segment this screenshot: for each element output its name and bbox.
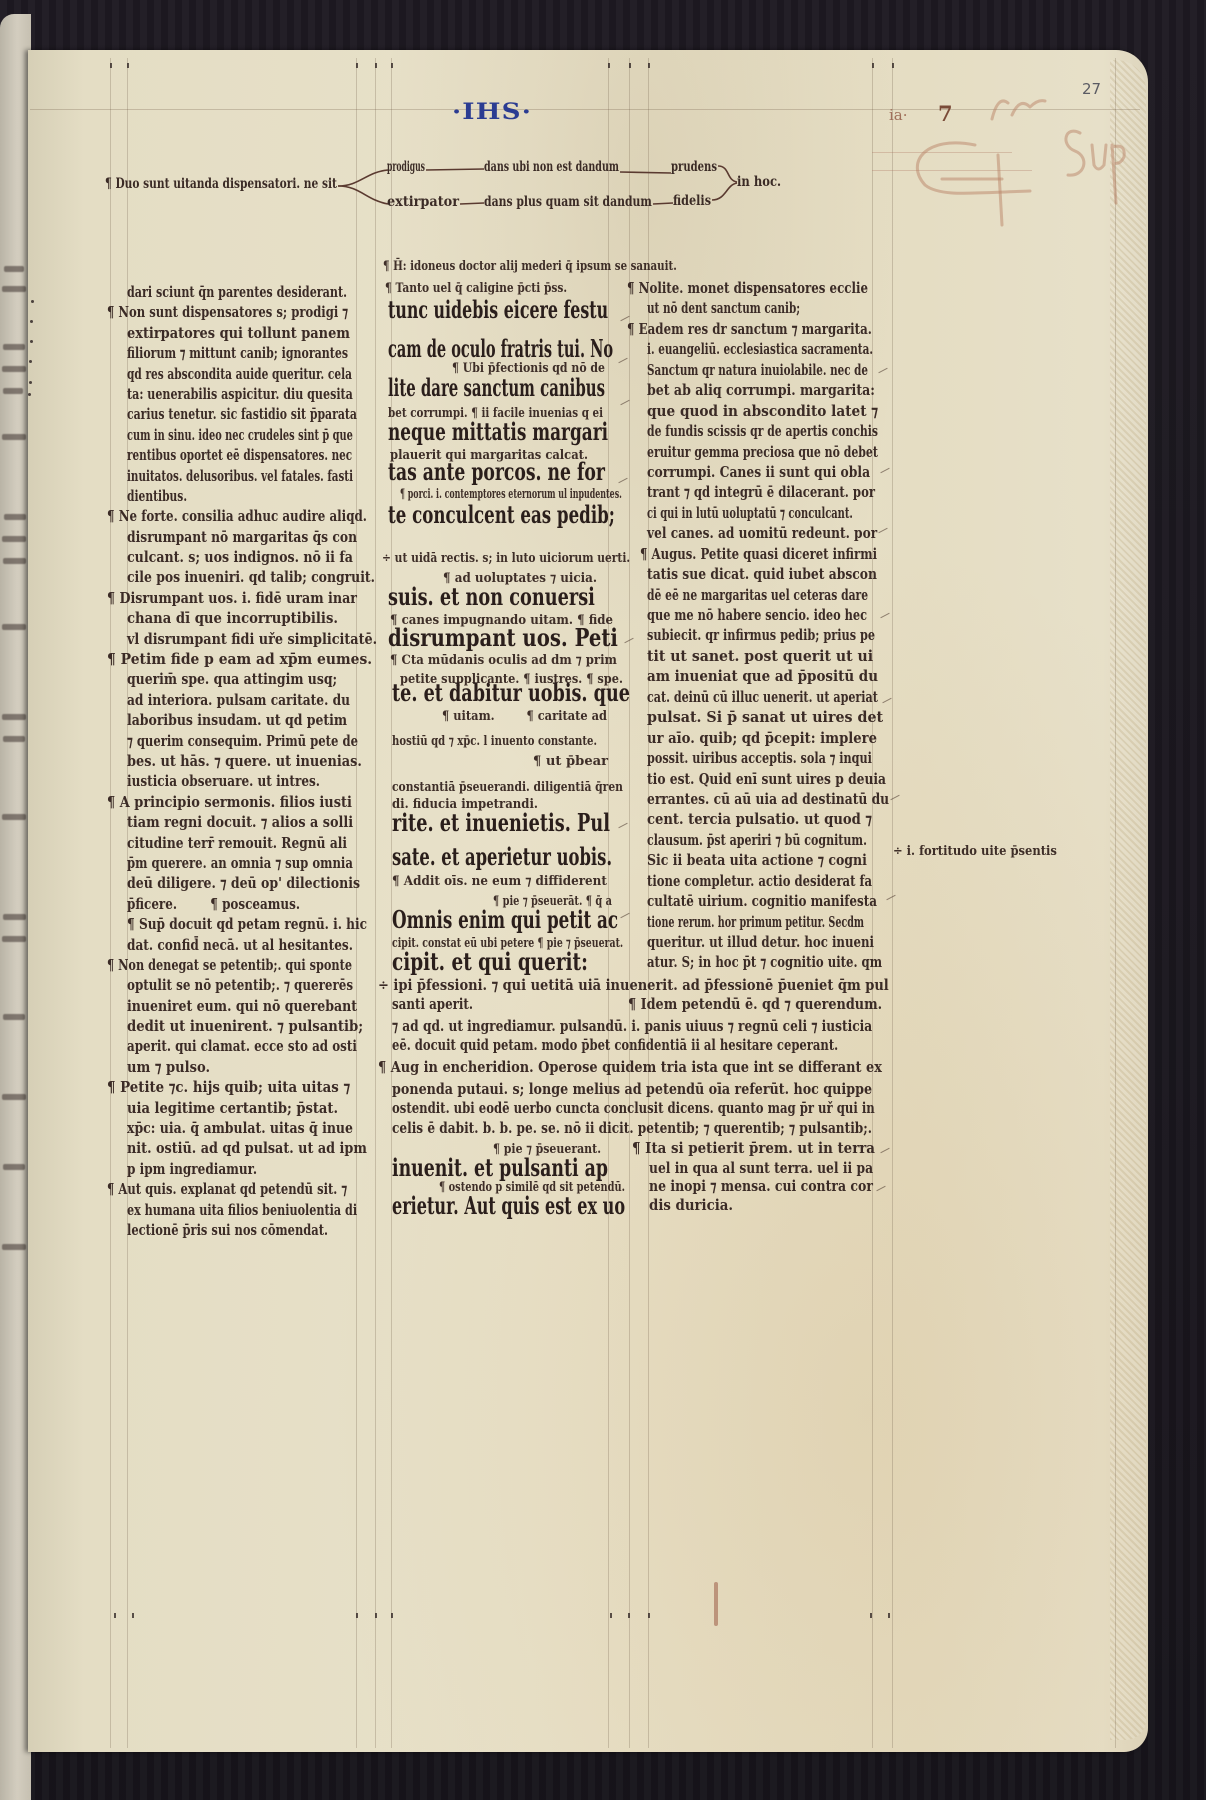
text-line: ostendit. ubi eodē uerbo cuncta conclusi…: [392, 1098, 875, 1118]
text-line: pulsat. Si p̄ sanat ut uires det: [647, 707, 883, 727]
pricking-mark: [132, 1613, 134, 1618]
line-text: ¶ Disrumpant uos. i. fidē uram inar: [107, 588, 357, 608]
line-text: subiecit. qr infirmus pedib; prius pe: [647, 625, 875, 645]
line-text: ad interiora. pulsam caritate. du: [127, 690, 350, 710]
text-line: cum in sinu. ideo nec crudeles sint p̄ q…: [127, 425, 353, 445]
line-text: cipit. et qui querit:: [392, 947, 588, 977]
line-text: dē eē ne margaritas uel ceteras dare: [647, 585, 868, 605]
line-text: cile pos inueniri. qd talib; congruit.: [127, 567, 375, 587]
margin-note-text: ÷ i. fortitudo uite p̄sentis: [893, 844, 1057, 860]
lemma-line: cipit. et qui querit:: [392, 947, 588, 977]
text-line: p ipm ingrediamur.: [127, 1159, 257, 1179]
text-line: bet ab aliq corrumpi. margarita:: [647, 380, 875, 400]
text-line: ci qui in lutū uoluptatū ⁊ conculcant.: [647, 503, 853, 523]
text-line: santi aperit.: [392, 994, 473, 1014]
ink-stain: [714, 1582, 718, 1626]
lemma-line: tas ante porcos. ne for: [388, 457, 605, 487]
line-text: rite. et inuenietis. Pul: [392, 808, 610, 838]
text-line: citudine terr̄ remouit. Regnū ali: [127, 833, 347, 853]
text-line: i. euangeliū. ecclesiastica sacramenta.: [647, 339, 873, 359]
line-text: ne inopi ⁊ mensa. cui contra cor: [649, 1176, 873, 1196]
line-text: ¶ Cta mūdanis oculis ad dm ⁊ prim: [390, 653, 617, 669]
adjacent-page-text-fragment: [2, 366, 26, 372]
line-text: uia legitime certantib; p̄stat.: [127, 1098, 338, 1118]
line-text: ¶ Ne forte. consilia adhuc audire aliqd.: [107, 506, 367, 526]
line-text: ⁊ ad qd. ut ingrediamur. pulsandū. i. pa…: [392, 1016, 872, 1036]
line-text: dientibus.: [127, 486, 187, 506]
line-text: ¶ A principio sermonis. filios iusti: [107, 792, 352, 812]
line-text: disrumpant nō margaritas q̄s con: [127, 527, 357, 547]
text-line: que me nō habere sencio. ideo hec: [647, 605, 867, 625]
text-line: laboribus insudam. ut qd petim: [127, 710, 347, 730]
adjacent-page-text-fragment: [3, 344, 25, 350]
gloss-line: ÷ ut uidā rectis. s; in luto uiciorum ue…: [382, 549, 630, 565]
gloss-line: hostiū qd ⁊ xp̄c. l inuento constante.: [392, 732, 597, 748]
pricking-mark: [888, 1613, 890, 1618]
text-line: iusticia obseruare. ut intres.: [127, 771, 320, 791]
line-text: dedit ut inuenirent. ⁊ pulsantib;: [127, 1016, 363, 1036]
adjacent-page-text-fragment: [3, 388, 23, 394]
line-text: que quod in abscondito latet ⁊: [647, 401, 878, 421]
line-text: ¶ ut p̄bear: [533, 754, 608, 770]
adjacent-page-text-fragment: [3, 558, 26, 564]
text-line: dis duricia.: [649, 1195, 733, 1215]
diagram-term: extirpator: [387, 192, 459, 210]
line-text: ¶ Idem petendū ē. qd ⁊ querendum.: [628, 994, 882, 1014]
text-line-inset: ¶ Idem petendū ē. qd ⁊ querendum.: [628, 994, 882, 1014]
line-text: bes. ut hās. ⁊ quere. ut inuenias.: [127, 751, 362, 771]
line-text: lite dare sanctum canibus: [388, 373, 605, 403]
gloss-line: ¶ porci. i. contemptores eternorum ul in…: [400, 485, 622, 501]
diagram-clause-text: dans ubi non est dandum: [484, 158, 619, 176]
line-text: celis ē dabit. b. b. pe. se. nō ii dicit…: [392, 1118, 872, 1138]
text-line: deū diligere. ⁊ deū op' dilectionis: [127, 873, 360, 893]
lemma-line: erietur. Aut quis est ex uo: [392, 1191, 625, 1221]
line-text: lectionē p̄ris sui nos cōmendat.: [127, 1220, 328, 1240]
text-line: tiam regni docuit. ⁊ alios a solli: [127, 812, 353, 832]
text-line: tione rerum. hor primum petitur. Secdm: [647, 912, 864, 932]
text-line: de fundis scissis qr de apertis conchis: [647, 421, 878, 441]
text-line: um ⁊ pulso.: [127, 1057, 210, 1077]
gloss-line: ¶ ut p̄bear: [533, 752, 608, 768]
diagram-term-text: prodigus: [387, 158, 425, 176]
text-line: ¶ Disrumpant uos. i. fidē uram inar: [107, 588, 357, 608]
text-line: cat. deinū cū illuc uenerit. ut aperiat: [647, 687, 878, 707]
ruling-line: [375, 58, 376, 1748]
column-1-gloss: dari sciunt q̄n parentes desiderant. ¶ N…: [127, 282, 359, 1240]
ruling-line: [892, 58, 893, 1748]
line-text: aperit. qui clamat. ecce sto ad osti: [127, 1036, 357, 1056]
text-line: inueniret eum. qui nō querebant: [127, 996, 357, 1016]
text-line: extirpatores qui tollunt panem: [127, 323, 350, 343]
pricking-mark: [114, 1613, 116, 1618]
line-text: te conculcent eas pedib;: [388, 500, 615, 530]
line-text: Sanctum qr natura inuiolabile. nec de: [647, 360, 868, 380]
line-text: possit. uiribus acceptis. sola ⁊ inqui: [647, 748, 872, 768]
text-line: ut nō dent sanctum canib;: [647, 298, 800, 318]
pricking-mark: [892, 63, 894, 68]
line-text: ur aīo. quib; qd p̄cepit: implere: [647, 728, 877, 748]
pricking-hole: [31, 300, 34, 303]
lemma-line: suis. et non conuersi: [388, 582, 595, 612]
adjacent-page-text-fragment: [3, 1164, 25, 1170]
text-line: am inueniat que ad p̄positū du: [647, 666, 878, 686]
text-line: ex humana uita filios beniuolentia di: [127, 1200, 357, 1220]
text-line: qd res abscondita auide queritur. cela: [127, 364, 352, 384]
margin-note: ÷ i. fortitudo uite p̄sentis: [893, 842, 1057, 858]
adjacent-page-text-fragment: [3, 736, 25, 742]
pricking-mark: [356, 1613, 358, 1618]
adjacent-page-text-fragment: [2, 624, 26, 630]
pricking-hole: [30, 320, 33, 323]
adjacent-page-text-fragment: [2, 1244, 26, 1250]
line-text: cum in sinu. ideo nec crudeles sint p̄ q…: [127, 425, 353, 445]
diagram-virtue: fidelis: [673, 191, 711, 209]
gloss-line: ¶ Cta mūdanis oculis ad dm ⁊ prim: [390, 651, 617, 667]
text-line: chana dī que incorruptibilis.: [127, 608, 338, 628]
text-line: uia legitime certantib; p̄stat.: [127, 1098, 338, 1118]
line-text: pulsat. Si p̄ sanat ut uires det: [647, 707, 883, 727]
line-text: tiam regni docuit. ⁊ alios a solli: [127, 812, 353, 832]
line-text: ÷ ipi p̄fessioni. ⁊ qui uetitā uiā inuen…: [378, 975, 889, 995]
diagram-conclusion: in hoc.: [737, 172, 781, 190]
text-line: dē eē ne margaritas uel ceteras dare: [647, 585, 868, 605]
faded-rubric-marks-icon: [880, 85, 1120, 225]
pricking-mark: [375, 1613, 377, 1618]
line-text: atur. S; in hoc p̄t ⁊ cognitio uite. qm: [647, 952, 882, 972]
pricking-mark: [648, 1613, 650, 1618]
line-text: laboribus insudam. ut qd petim: [127, 710, 347, 730]
gloss-line: ¶ H̄: idoneus doctor alij mederi q̄ ipsu…: [383, 257, 677, 273]
text-line: culcant. s; uos indignos. nō ii fa: [127, 547, 353, 567]
line-text: sate. et aperietur uobis.: [392, 842, 612, 872]
text-line: eē. docuit quid petam. modo p̄bet confid…: [392, 1035, 838, 1055]
adjacent-page-text-fragment: [4, 514, 26, 520]
text-line: ta: uenerabilis aspicitur. diu quesita: [127, 384, 353, 404]
line-text: inuitatos. delusoribus. vel fatales. fas…: [127, 466, 353, 486]
adjacent-page-edge: [0, 14, 31, 1800]
line-text: inueniret eum. qui nō querebant: [127, 996, 357, 1016]
line-text: ci qui in lutū uoluptatū ⁊ conculcant.: [647, 503, 853, 523]
line-text: p̄ficere. ¶ posceamus.: [127, 894, 300, 914]
text-line: ¶ Augus. Petite quasi diceret infirmi: [640, 544, 877, 564]
line-text: vl disrumpant fidi uře simplicitatē.: [127, 629, 377, 649]
lemma-line: Omnis enim qui petit ac: [392, 905, 618, 935]
text-line: p̄m querere. an omnia ⁊ sup omnia: [127, 853, 353, 873]
text-line: inuitatos. delusoribus. vel fatales. fas…: [127, 466, 353, 486]
line-text: ponenda putaui. s; longe melius ad peten…: [392, 1079, 872, 1099]
line-text: um ⁊ pulso.: [127, 1057, 210, 1077]
text-line: tione completur. actio desiderat fa: [647, 871, 872, 891]
text-line: possit. uiribus acceptis. sola ⁊ inqui: [647, 748, 872, 768]
line-text: rentibus oportet eē dispensatores. nec: [127, 445, 352, 465]
text-line: ¶ Ne forte. consilia adhuc audire aliqd.: [107, 506, 367, 526]
lemma-line: tunc uidebis eicere festu: [388, 295, 608, 325]
line-text: eē. docuit quid petam. modo p̄bet confid…: [392, 1035, 838, 1055]
line-text: iusticia obseruare. ut intres.: [127, 771, 320, 791]
line-text: qd res abscondita auide queritur. cela: [127, 364, 352, 384]
pricking-mark: [391, 1613, 393, 1618]
text-line: ⁊ ad qd. ut ingrediamur. pulsandū. i. pa…: [392, 1016, 872, 1036]
line-text: queritur. ut illud detur. hoc inueni: [647, 932, 874, 952]
line-text: ¶ Nolite. monet dispensatores ecclie: [627, 278, 868, 298]
pricking-mark: [872, 63, 874, 68]
text-line: dedit ut inuenirent. ⁊ pulsantib;: [127, 1016, 363, 1036]
line-text: erietur. Aut quis est ex uo: [392, 1191, 625, 1221]
text-line: ¶ A principio sermonis. filios iusti: [107, 792, 352, 812]
line-text: tas ante porcos. ne for: [388, 457, 605, 487]
text-line: querim̄ spe. qua attingim usq;: [127, 669, 337, 689]
line-text: ¶ Augus. Petite quasi diceret infirmi: [640, 544, 877, 564]
adjacent-page-text-fragment: [2, 814, 26, 820]
adjacent-page-text-fragment: [2, 536, 26, 542]
pricking-hole: [29, 381, 32, 384]
line-text: corrumpi. Canes ii sunt qui obla: [647, 462, 870, 482]
line-text: nit. ostiū. ad qd pulsat. ut ad ipm: [127, 1138, 367, 1158]
line-text: chana dī que incorruptibilis.: [127, 608, 338, 628]
line-text: extirpatores qui tollunt panem: [127, 323, 350, 343]
line-text: ¶ Aug in encheridion. Operose quidem tri…: [378, 1057, 882, 1077]
line-text: tione completur. actio desiderat fa: [647, 871, 872, 891]
lemma-line: lite dare sanctum canibus: [388, 373, 605, 403]
text-line: ¶ Non sunt dispensatores s; prodigi ⁊: [107, 302, 348, 322]
text-line: ¶ Aut quis. explanat qd petendū sit. ⁊: [107, 1179, 347, 1199]
text-line: atur. S; in hoc p̄t ⁊ cognitio uite. qm: [647, 952, 882, 972]
gloss-line: constantiā p̄seuerandi. diligentiā q̄ren: [392, 778, 623, 794]
ruling-line: [1115, 58, 1116, 1748]
text-line: carius tenetur. sic fastidio sit p̄parat…: [127, 404, 357, 424]
line-text: dari sciunt q̄n parentes desiderant.: [127, 282, 347, 302]
lemma-line: rite. et inuenietis. Pul: [392, 808, 610, 838]
line-text: p ipm ingrediamur.: [127, 1159, 257, 1179]
line-text: tio est. Quid enī sunt uires p deuia: [647, 769, 886, 789]
line-text: ⁊ querim consequim. Primū pete de: [127, 731, 358, 751]
text-line: ¶ Ita si petierit p̄rem. ut in terra: [632, 1138, 875, 1158]
text-line: p̄ficere. ¶ posceamus.: [127, 894, 300, 914]
text-line: ur aīo. quib; qd p̄cepit: implere: [647, 728, 877, 748]
text-line: errantes. cū aū uia ad destinatū du: [647, 789, 889, 809]
diagram-conclusion-text: in hoc.: [737, 173, 781, 191]
line-text: ¶ Non denegat se petentib;. qui sponte: [107, 955, 352, 975]
text-line: xp̄c: uia. q̄ ambulat. uitas q̄ inue: [127, 1118, 353, 1138]
text-line: queritur. ut illud detur. hoc inueni: [647, 932, 874, 952]
text-line: uel in qua al sunt terra. uel ii pa: [649, 1158, 873, 1178]
line-text: dis duricia.: [649, 1195, 733, 1215]
line-text: ex humana uita filios beniuolentia di: [127, 1200, 357, 1220]
line-text: ¶ Petim fide p eam ad xp̄m eumes.: [107, 649, 372, 669]
diagram-clause: dans plus quam sit dandum: [484, 192, 652, 210]
lemma-line: sate. et aperietur uobis.: [392, 842, 612, 872]
text-line: bes. ut hās. ⁊ quere. ut inuenias.: [127, 751, 362, 771]
text-line: que quod in abscondito latet ⁊: [647, 401, 878, 421]
text-line: clausum. p̄st aperiri ⁊ bū cognitum.: [647, 830, 867, 850]
line-text: ¶ uitam. ¶ caritate ad: [442, 709, 607, 725]
line-text: optulit se nō petentib;. ⁊ quererēs: [127, 975, 353, 995]
line-text: disrumpant uos. Peti: [388, 623, 618, 653]
text-line: ¶ Aug in encheridion. Operose quidem tri…: [378, 1057, 882, 1077]
pricking-hole: [29, 360, 32, 363]
line-text: ÷ ut uidā rectis. s; in luto uiciorum ue…: [382, 551, 630, 567]
adjacent-page-text-fragment: [2, 936, 26, 942]
line-text: ¶ H̄: idoneus doctor alij mederi q̄ ipsu…: [383, 259, 677, 275]
text-line: dientibus.: [127, 486, 187, 506]
diagram-virtue-text: fidelis: [673, 192, 711, 210]
line-text: que me nō habere sencio. ideo hec: [647, 605, 867, 625]
lemma-line: te. et dabitur uobis. que: [392, 678, 630, 708]
line-text: p̄m querere. an omnia ⁊ sup omnia: [127, 853, 353, 873]
lemma-line: neque mittatis margari: [388, 417, 608, 447]
text-line: subiecit. qr infirmus pedib; prius pe: [647, 625, 875, 645]
text-line: dari sciunt q̄n parentes desiderant.: [127, 282, 347, 302]
line-text: ¶ Petite ⁊c. hijs quib; uita uitas ⁊: [107, 1077, 350, 1097]
line-text: errantes. cū aū uia ad destinatū du: [647, 789, 889, 809]
gloss-line: ¶ uitam. ¶ caritate ad: [442, 707, 607, 723]
lemma-line: te conculcent eas pedib;: [388, 500, 615, 530]
line-text: eruitur gemma preciosa que nō debet: [647, 442, 878, 462]
text-line: corrumpi. Canes ii sunt qui obla: [647, 462, 870, 482]
line-text: tatis sue dicat. quid iubet abscon: [647, 564, 877, 584]
gloss-line: ¶ Addit oīs. ne eum ⁊ diffiderent: [392, 872, 607, 888]
pricking-mark: [610, 1613, 612, 1618]
text-line: optulit se nō petentib;. ⁊ quererēs: [127, 975, 353, 995]
line-text: cultatē uirium. cognitio manifesta: [647, 891, 877, 911]
text-line: rentibus oportet eē dispensatores. nec: [127, 445, 352, 465]
pricking-hole: [30, 340, 33, 343]
diagram-clause-text: dans plus quam sit dandum: [484, 193, 652, 211]
diagram-term-text: extirpator: [387, 193, 459, 211]
adjacent-page-text-fragment: [3, 1014, 25, 1020]
line-text: te. et dabitur uobis. que: [392, 678, 630, 708]
line-text: cat. deinū cū illuc uenerit. ut aperiat: [647, 687, 878, 707]
line-text: filiorum ⁊ mittunt canib; ignorantes: [127, 343, 348, 363]
line-text: de fundis scissis qr de apertis conchis: [647, 421, 878, 441]
line-text: am inueniat que ad p̄positū du: [647, 666, 878, 686]
line-text: tione rerum. hor primum petitur. Secdm: [647, 912, 864, 932]
line-text: neque mittatis margari: [388, 417, 608, 447]
line-text: ut nō dent sanctum canib;: [647, 298, 800, 318]
text-line: ÷ ipi p̄fessioni. ⁊ qui uetitā uiā inuen…: [378, 975, 889, 995]
pricking-hole: [28, 393, 31, 396]
line-text: querim̄ spe. qua attingim usq;: [127, 669, 337, 689]
line-text: cent. tercia pulsatio. ut quod ⁊: [647, 809, 872, 829]
text-line: cile pos inueniri. qd talib; congruit.: [127, 567, 375, 587]
text-line: cultatē uirium. cognitio manifesta: [647, 891, 877, 911]
text-line: cent. tercia pulsatio. ut quod ⁊: [647, 809, 872, 829]
line-text: culcant. s; uos indignos. nō ii fa: [127, 547, 353, 567]
text-line: dat. confid̄ necā. ut al hesitantes.: [127, 935, 353, 955]
text-line: ¶ Non denegat se petentib;. qui sponte: [107, 955, 352, 975]
ruling-line: [629, 58, 630, 1748]
text-line: filiorum ⁊ mittunt canib; ignorantes: [127, 343, 348, 363]
line-text: trant ⁊ qd integrū ē dilacerant. por: [647, 482, 875, 502]
text-line: lectionē p̄ris sui nos cōmendat.: [127, 1220, 328, 1240]
line-text: ¶ Sup̄ docuit qd petam regnū. i. hic: [127, 914, 367, 934]
text-line: vl disrumpant fidi uře simplicitatē.: [127, 629, 377, 649]
text-line: Sic ii beata uita actione ⁊ cogni: [647, 850, 867, 870]
line-text: tit ut sanet. post querit ut ui: [647, 646, 873, 666]
line-text: xp̄c: uia. q̄ ambulat. uitas q̄ inue: [127, 1118, 353, 1138]
text-line: ¶ Eadem res dr sanctum ⁊ margarita.: [627, 319, 872, 339]
line-text: carius tenetur. sic fastidio sit p̄parat…: [127, 404, 357, 424]
pricking-mark: [628, 1613, 630, 1618]
text-line: ponenda putaui. s; longe melius ad peten…: [392, 1079, 872, 1099]
line-text: vel canes. ad uomitū redeunt. por: [647, 523, 877, 543]
text-line: Sanctum qr natura inuiolabile. nec de: [647, 360, 868, 380]
column-3-gloss: ¶ Nolite. monet dispensatores ecclie ut …: [647, 278, 875, 973]
text-line: trant ⁊ qd integrū ē dilacerant. por: [647, 482, 875, 502]
line-text: ¶ Eadem res dr sanctum ⁊ margarita.: [627, 319, 872, 339]
line-text: Sic ii beata uita actione ⁊ cogni: [647, 850, 867, 870]
text-line: ¶ Nolite. monet dispensatores ecclie: [627, 278, 868, 298]
line-text: constantiā p̄seuerandi. diligentiā q̄ren: [392, 780, 623, 796]
line-text: tunc uidebis eicere festu: [388, 295, 608, 325]
line-text: ostendit. ubi eodē uerbo cuncta conclusi…: [392, 1098, 875, 1118]
diagram-virtue: prudens: [671, 157, 717, 175]
line-text: suis. et non conuersi: [388, 582, 595, 612]
line-text: ta: uenerabilis aspicitur. diu quesita: [127, 384, 353, 404]
gloss-line: ¶ Tanto uel q̄ caligine p̄cti p̄ss.: [385, 279, 567, 295]
diagram-term: prodigus: [387, 157, 425, 175]
adjacent-page-text-fragment: [2, 1094, 26, 1100]
text-line: ¶ Sup̄ docuit qd petam regnū. i. hic: [127, 914, 367, 934]
adjacent-page-text-fragment: [2, 714, 26, 720]
line-text: ¶ Addit oīs. ne eum ⁊ diffiderent: [392, 874, 607, 890]
text-line: ⁊ querim consequim. Primū pete de: [127, 731, 358, 751]
text-line: ad interiora. pulsam caritate. du: [127, 690, 350, 710]
adjacent-page-text-fragment: [3, 914, 26, 920]
line-text: uel in qua al sunt terra. uel ii pa: [649, 1158, 873, 1178]
line-text: ¶ Non sunt dispensatores s; prodigi ⁊: [107, 302, 348, 322]
line-text: santi aperit.: [392, 994, 473, 1014]
text-line: celis ē dabit. b. b. pe. se. nō ii dicit…: [392, 1118, 872, 1138]
line-text: clausum. p̄st aperiri ⁊ bū cognitum.: [647, 830, 867, 850]
line-text: citudine terr̄ remouit. Regnū ali: [127, 833, 347, 853]
diagram-lead-text: ¶ Duo sunt uitanda dispensatori. ne sit: [105, 175, 337, 193]
text-line: ne inopi ⁊ mensa. cui contra cor: [649, 1176, 873, 1196]
text-line: eruitur gemma preciosa que nō debet: [647, 442, 878, 462]
line-text: ¶ Aut quis. explanat qd petendū sit. ⁊: [107, 1179, 347, 1199]
line-text: bet ab aliq corrumpi. margarita:: [647, 380, 875, 400]
text-line: disrumpant nō margaritas q̄s con: [127, 527, 357, 547]
line-text: hostiū qd ⁊ xp̄c. l inuento constante.: [392, 734, 597, 750]
adjacent-page-text-fragment: [4, 266, 24, 272]
pricking-mark: [870, 1613, 872, 1618]
text-line: tio est. Quid enī sunt uires p deuia: [647, 769, 886, 789]
line-text: dat. confid̄ necā. ut al hesitantes.: [127, 935, 353, 955]
text-line: aperit. qui clamat. ecce sto ad osti: [127, 1036, 357, 1056]
adjacent-page-text-fragment: [2, 286, 26, 292]
line-text: deū diligere. ⁊ deū op' dilectionis: [127, 873, 360, 893]
line-text: ¶ Ita si petierit p̄rem. ut in terra: [632, 1138, 875, 1158]
text-line: ¶ Petite ⁊c. hijs quib; uita uitas ⁊: [107, 1077, 350, 1097]
text-line: vel canes. ad uomitū redeunt. por: [647, 523, 877, 543]
line-text: i. euangeliū. ecclesiastica sacramenta.: [647, 339, 873, 359]
text-line: tit ut sanet. post querit ut ui: [647, 646, 873, 666]
adjacent-page-text-fragment: [2, 434, 26, 440]
diagram-virtue-text: prudens: [671, 158, 717, 176]
text-line: tatis sue dicat. quid iubet abscon: [647, 564, 877, 584]
text-line: ¶ Petim fide p eam ad xp̄m eumes.: [107, 649, 372, 669]
diagram-lead: ¶ Duo sunt uitanda dispensatori. ne sit: [105, 174, 337, 192]
text-line: nit. ostiū. ad qd pulsat. ut ad ipm: [127, 1138, 367, 1158]
lemma-line: disrumpant uos. Peti: [388, 623, 618, 653]
diagram-clause: dans ubi non est dandum: [484, 157, 619, 175]
line-text: Omnis enim qui petit ac: [392, 905, 618, 935]
